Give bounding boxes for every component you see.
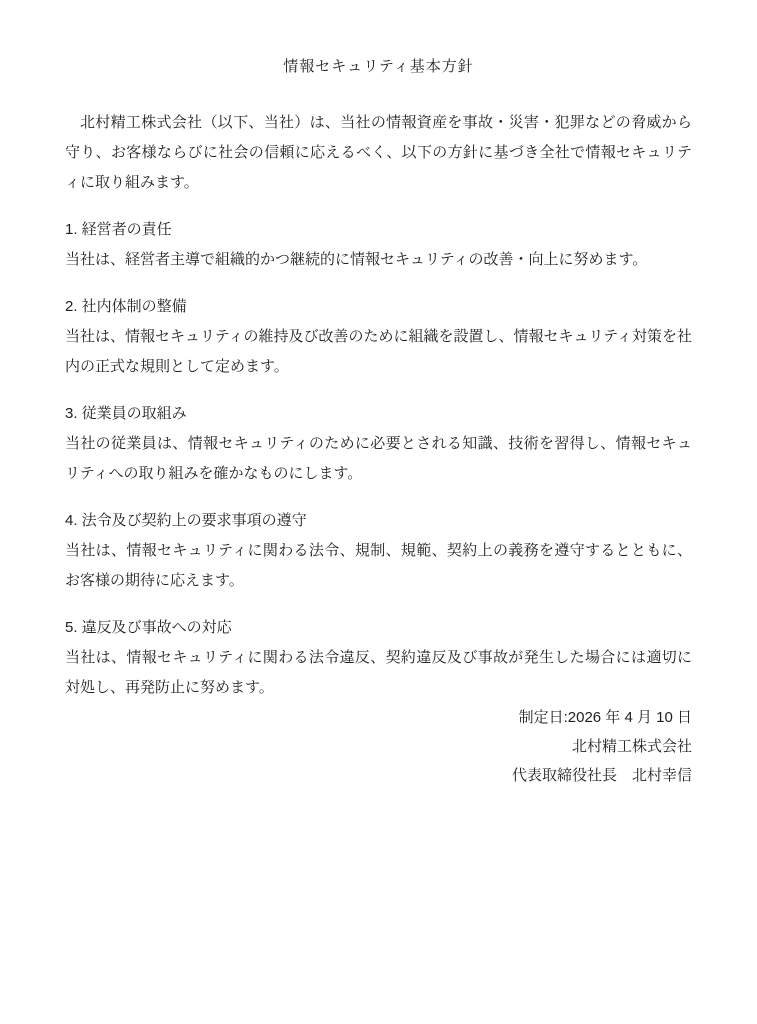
section-body: 当社は、経営者主導で組織的かつ継続的に情報セキュリティの改善・向上に努めます。	[65, 245, 692, 275]
section-heading: 3. 従業員の取組み	[65, 399, 692, 429]
policy-document-page: 情報セキュリティ基本方針 北村精工株式会社（以下、当社）は、当社の情報資産を事故…	[0, 0, 757, 1024]
president-signature: 代表取締役社長 北村幸信	[65, 761, 692, 790]
section-body: 当社は、情報セキュリティに関わる法令違反、契約違反及び事故が発生した場合には適切…	[65, 643, 692, 703]
section-violation-response: 5. 違反及び事故への対応 当社は、情報セキュリティに関わる法令違反、契約違反及…	[65, 613, 692, 703]
section-body: 当社の従業員は、情報セキュリティのために必要とされる知識、技術を習得し、情報セキ…	[65, 429, 692, 489]
section-employee-efforts: 3. 従業員の取組み 当社の従業員は、情報セキュリティのために必要とされる知識、…	[65, 399, 692, 489]
section-legal-compliance: 4. 法令及び契約上の要求事項の遵守 当社は、情報セキュリティに関わる法令、規制…	[65, 506, 692, 596]
company-name: 北村精工株式会社	[65, 732, 692, 761]
section-body: 当社は、情報セキュリティの維持及び改善のために組織を設置し、情報セキュリティ対策…	[65, 322, 692, 382]
document-title: 情報セキュリティ基本方針	[65, 52, 692, 82]
section-heading: 4. 法令及び契約上の要求事項の遵守	[65, 506, 692, 536]
intro-paragraph: 北村精工株式会社（以下、当社）は、当社の情報資産を事故・災害・犯罪などの脅威から…	[65, 108, 692, 198]
section-internal-structure: 2. 社内体制の整備 当社は、情報セキュリティの維持及び改善のために組織を設置し…	[65, 292, 692, 382]
section-body: 当社は、情報セキュリティに関わる法令、規制、規範、契約上の義務を遵守するとともに…	[65, 536, 692, 596]
section-heading: 1. 経営者の責任	[65, 215, 692, 245]
section-heading: 2. 社内体制の整備	[65, 292, 692, 322]
enactment-date: 制定日:2026 年 4 月 10 日	[65, 703, 692, 732]
section-management-responsibility: 1. 経営者の責任 当社は、経営者主導で組織的かつ継続的に情報セキュリティの改善…	[65, 215, 692, 275]
section-heading: 5. 違反及び事故への対応	[65, 613, 692, 643]
signature-block: 制定日:2026 年 4 月 10 日 北村精工株式会社 代表取締役社長 北村幸…	[65, 703, 692, 790]
